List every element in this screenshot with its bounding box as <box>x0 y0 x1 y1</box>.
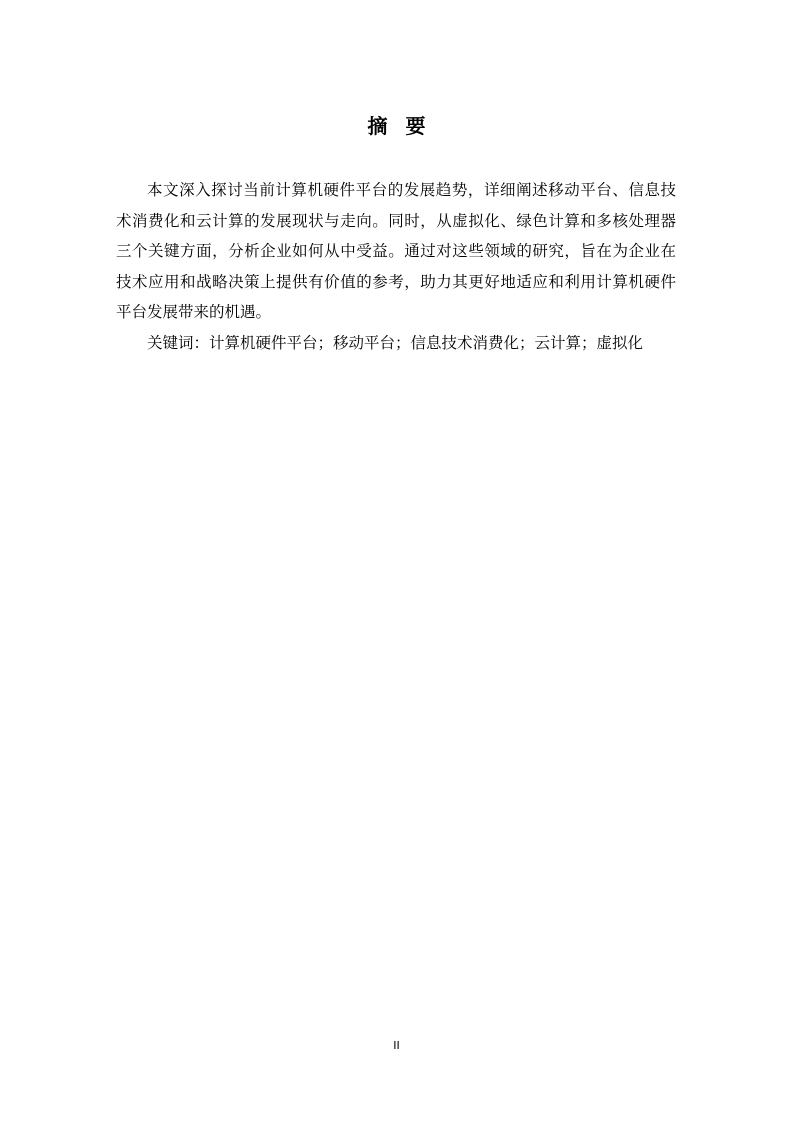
title-char-2: 要 <box>406 114 426 138</box>
abstract-line: 平台发展带来的机遇。 <box>116 297 676 328</box>
abstract-line: 本文深入探讨当前计算机硬件平台的发展趋势，详细阐述移动平台、信息技 <box>116 175 676 206</box>
page-number: II <box>0 1038 793 1054</box>
abstract-line: 技术应用和战略决策上提供有价值的参考，助力其更好地适应和利用计算机硬件 <box>116 267 676 298</box>
abstract-line: 三个关键方面，分析企业如何从中受益。通过对这些领域的研究，旨在为企业在 <box>116 236 676 267</box>
title-char-1: 摘 <box>368 114 388 138</box>
keywords: 关键词：计算机硬件平台；移动平台；信息技术消费化；云计算；虚拟化 <box>116 328 676 359</box>
document-page: 摘要 本文深入探讨当前计算机硬件平台的发展趋势，详细阐述移动平台、信息技 术消费… <box>0 0 793 1122</box>
abstract-body: 本文深入探讨当前计算机硬件平台的发展趋势，详细阐述移动平台、信息技 术消费化和云… <box>116 175 676 358</box>
abstract-line: 术消费化和云计算的发展现状与走向。同时，从虚拟化、绿色计算和多核处理器 <box>116 206 676 237</box>
page-title: 摘要 <box>0 112 793 140</box>
